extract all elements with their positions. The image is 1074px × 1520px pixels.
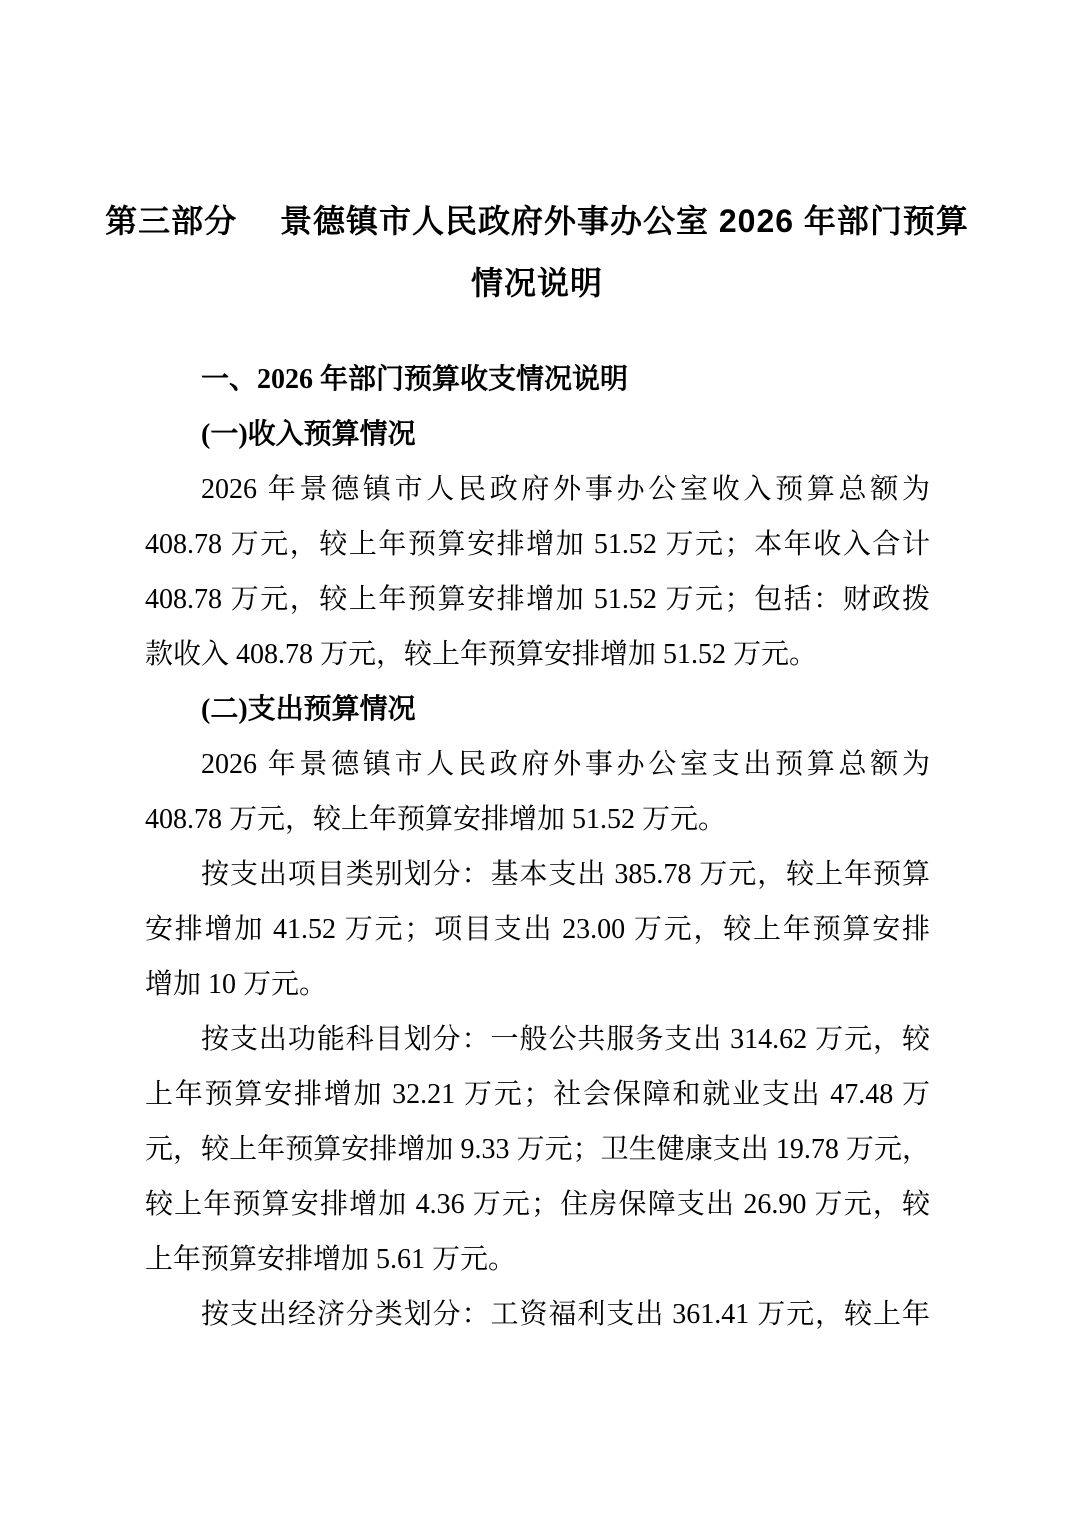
heading-income-budget: (一)收入预算情况	[145, 407, 930, 462]
paragraph-income-line: 408.78 万元，较上年预算安排增加 51.52 万元；包括：财政拨	[145, 572, 930, 627]
document-body: 一、2026 年部门预算收支情况说明 (一)收入预算情况 2026 年景德镇市人…	[145, 352, 930, 1342]
paragraph-expense-by-project-line: 安排增加 41.52 万元；项目支出 23.00 万元，较上年预算安排	[145, 902, 930, 957]
paragraph-expense-by-economic-line: 按支出经济分类划分：工资福利支出 361.41 万元，较上年	[145, 1287, 930, 1342]
paragraph-expense-total-line: 408.78 万元，较上年预算安排增加 51.52 万元。	[145, 792, 930, 847]
paragraph-expense-by-project-line: 按支出项目类别划分：基本支出 385.78 万元，较上年预算	[145, 847, 930, 902]
paragraph-income-line: 2026 年景德镇市人民政府外事办公室收入预算总额为	[145, 462, 930, 517]
paragraph-expense-total-line: 2026 年景德镇市人民政府外事办公室支出预算总额为	[145, 737, 930, 792]
paragraph-expense-by-function-line: 上年预算安排增加 32.21 万元；社会保障和就业支出 47.48 万	[145, 1067, 930, 1122]
document-page: 第三部分 景德镇市人民政府外事办公室 2026 年部门预算 情况说明 一、202…	[0, 0, 1074, 1520]
paragraph-expense-by-function-line: 上年预算安排增加 5.61 万元。	[145, 1232, 930, 1287]
paragraph-expense-by-function-line: 按支出功能科目划分：一般公共服务支出 314.62 万元，较	[145, 1012, 930, 1067]
paragraph-income-line: 408.78 万元，较上年预算安排增加 51.52 万元；本年收入合计	[145, 517, 930, 572]
heading-budget-overview: 一、2026 年部门预算收支情况说明	[145, 352, 930, 407]
heading-expense-budget: (二)支出预算情况	[145, 682, 930, 737]
title-line-2: 情况说明	[0, 252, 1074, 314]
paragraph-expense-by-project-line: 增加 10 万元。	[145, 957, 930, 1012]
paragraph-expense-by-function-line: 较上年预算安排增加 4.36 万元；住房保障支出 26.90 万元，较	[145, 1177, 930, 1232]
paragraph-income-line: 款收入 408.78 万元，较上年预算安排增加 51.52 万元。	[145, 627, 930, 682]
paragraph-expense-by-function-line: 元，较上年预算安排增加 9.33 万元；卫生健康支出 19.78 万元，	[145, 1122, 930, 1177]
title-line-1: 第三部分 景德镇市人民政府外事办公室 2026 年部门预算	[0, 190, 1074, 252]
document-title: 第三部分 景德镇市人民政府外事办公室 2026 年部门预算 情况说明	[0, 0, 1074, 314]
